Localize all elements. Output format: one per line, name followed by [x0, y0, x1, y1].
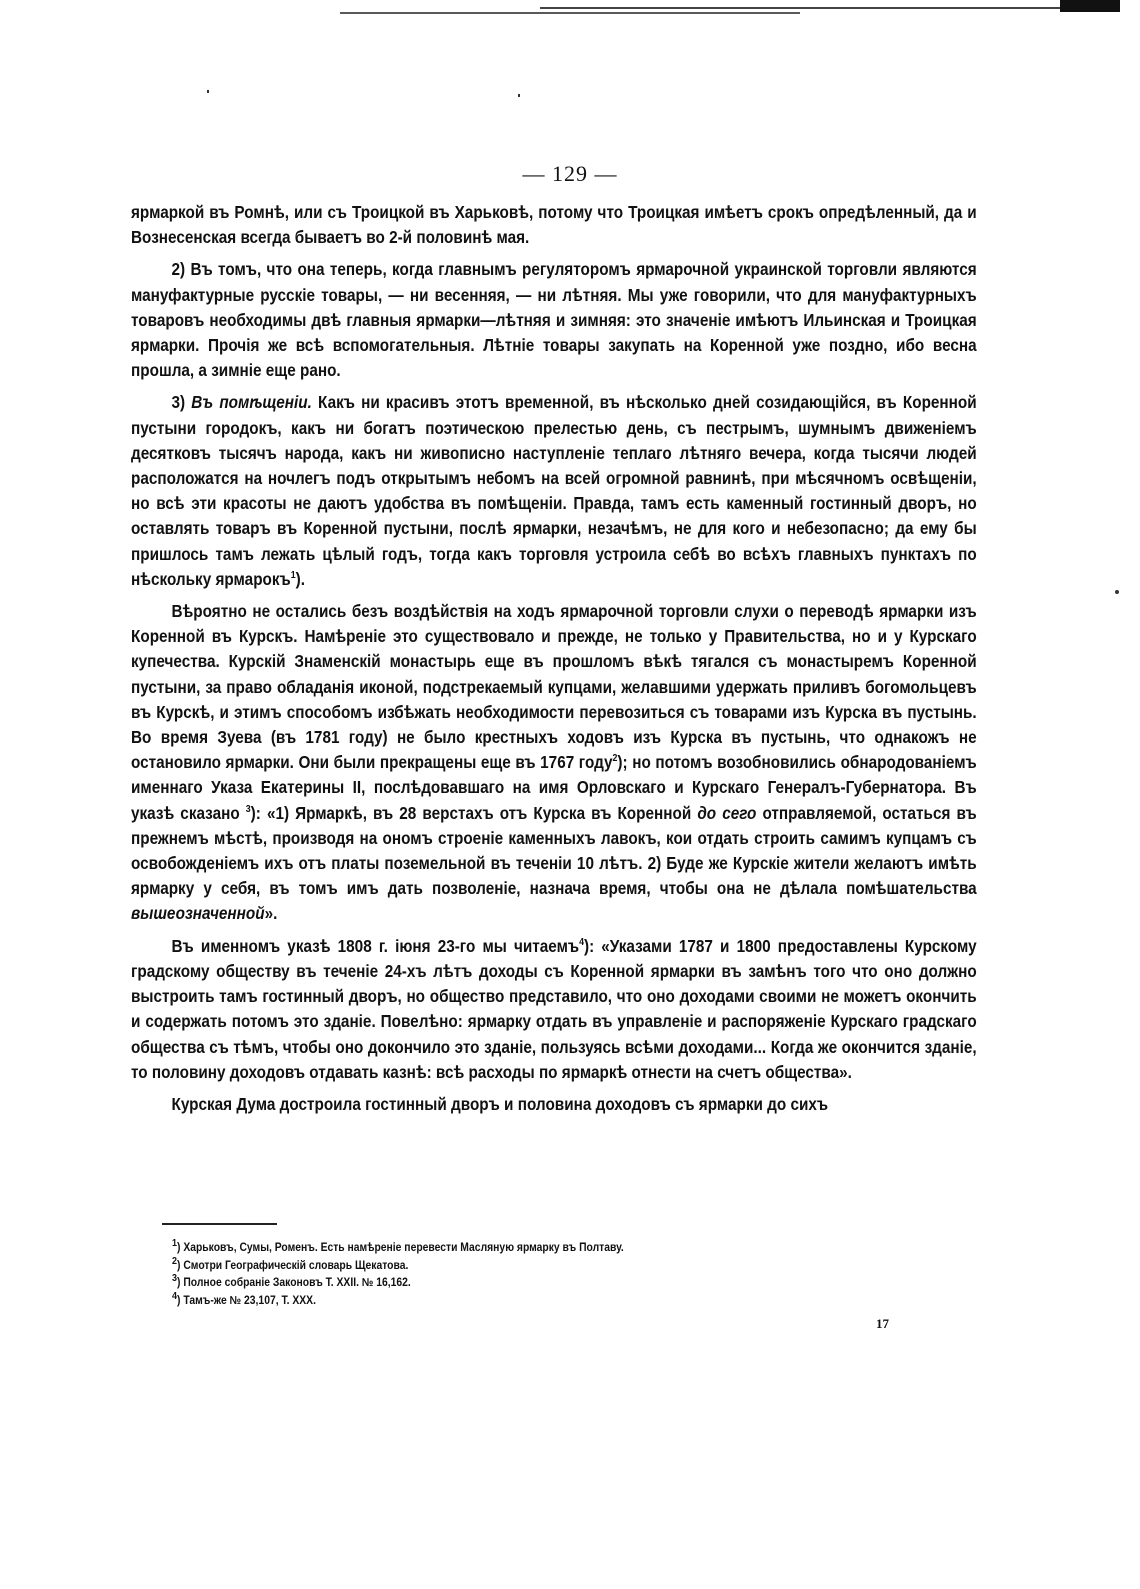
body-text: ярмаркой въ Ромнѣ, или съ Троицкой въ Ха…	[131, 200, 977, 1117]
paragraph: 3) Въ помѣщеніи. Какъ ни красивъ этотъ в…	[131, 390, 977, 592]
italic-text: вышеозначенной	[131, 903, 265, 923]
paragraph-text: ).	[296, 569, 305, 589]
paragraph: 2) Въ томъ, что она теперь, когда главны…	[131, 257, 977, 383]
footnote-text: ) Тамъ-же № 23,107, Т. XXX.	[177, 1295, 316, 1307]
scan-artifact	[1060, 0, 1120, 12]
paragraph: Въ именномъ указѣ 1808 г. іюня 23-го мы …	[131, 934, 977, 1085]
paragraph-text: Какъ ни красивъ этотъ временной, въ нѣск…	[131, 392, 977, 588]
scan-speck	[518, 94, 520, 97]
paragraph: Курская Дума достроила гостинный дворъ и…	[131, 1092, 977, 1117]
signature-mark: 17	[876, 1316, 889, 1332]
footnote-text: ) Смотри Географическій словарь Щекатова…	[177, 1260, 408, 1272]
footnote: 1) Харьковъ, Сумы, Роменъ. Есть намѣрені…	[172, 1240, 624, 1258]
italic-lead: Въ помѣщеніи.	[191, 392, 312, 412]
footnote-text: ) Полное собраніе Законовъ Т. XXII. № 16…	[177, 1277, 411, 1289]
paragraph-text: ».	[265, 903, 278, 923]
list-number: 3)	[171, 392, 191, 412]
footnote: 3) Полное собраніе Законовъ Т. XXII. № 1…	[172, 1275, 624, 1293]
footnotes: 1) Харьковъ, Сумы, Роменъ. Есть намѣрені…	[172, 1240, 624, 1310]
page-number: — 129 —	[0, 161, 1140, 187]
paragraph: ярмаркой въ Ромнѣ, или съ Троицкой въ Ха…	[131, 200, 977, 250]
paragraph-text: Вѣроятно не остались безъ воздѣйствія на…	[131, 601, 977, 772]
italic-text: до сего	[697, 803, 756, 823]
scan-speck	[207, 90, 209, 93]
footnote-divider	[162, 1223, 277, 1225]
footnote: 2) Смотри Географическій словарь Щекатов…	[172, 1258, 624, 1276]
scan-artifact	[340, 12, 800, 14]
scan-artifact	[540, 7, 1060, 9]
footnote: 4) Тамъ-же № 23,107, Т. XXX.	[172, 1293, 624, 1311]
scan-speck	[1115, 590, 1119, 594]
paragraph-text: Въ именномъ указѣ 1808 г. іюня 23-го мы …	[171, 936, 579, 956]
paragraph-text: ): «1) Ярмаркѣ, въ 28 верстахъ отъ Курск…	[251, 803, 698, 823]
paragraph: Вѣроятно не остались безъ воздѣйствія на…	[131, 599, 977, 927]
footnote-text: ) Харьковъ, Сумы, Роменъ. Есть намѣреніе…	[177, 1242, 624, 1254]
paragraph-text: ): «Указами 1787 и 1800 предоставлены Ку…	[131, 936, 977, 1082]
